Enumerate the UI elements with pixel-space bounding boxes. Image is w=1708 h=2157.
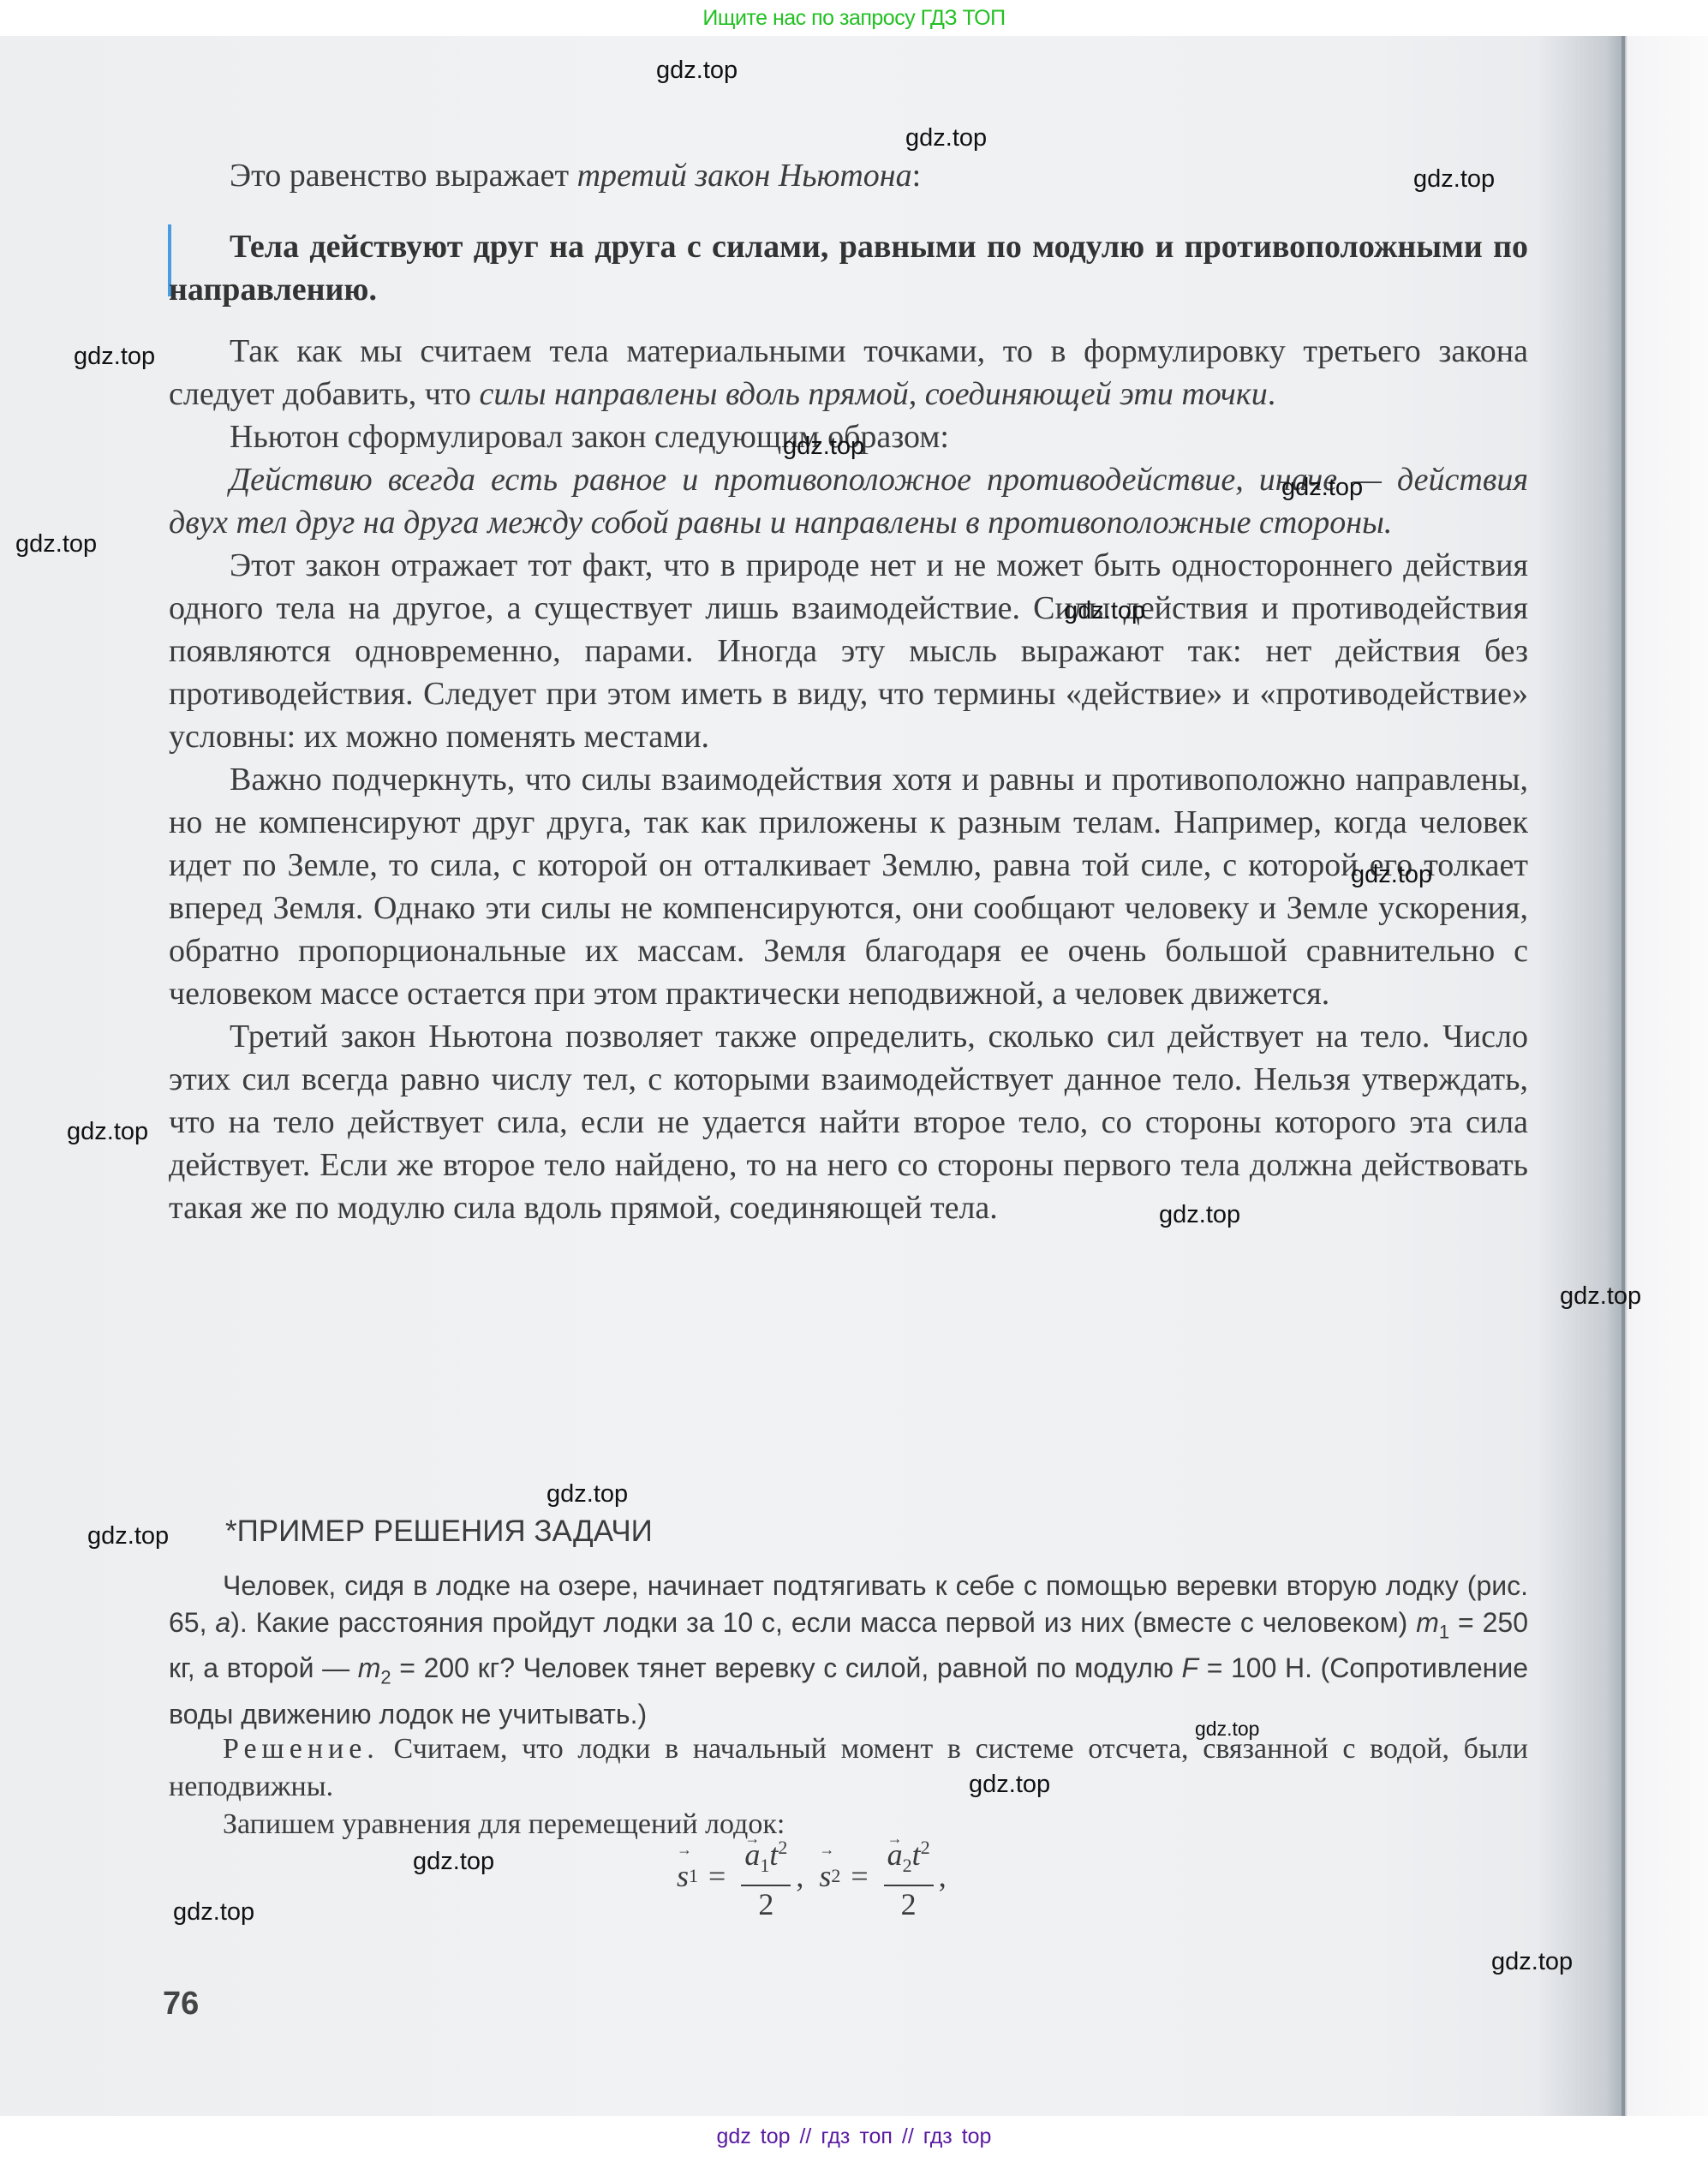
figure-label: а bbox=[215, 1607, 230, 1638]
top-promo-text: Ищите нас по запросу ГДЗ ТОП bbox=[702, 6, 1005, 31]
m1-symbol: m bbox=[1416, 1607, 1439, 1638]
m2-symbol: m bbox=[358, 1652, 381, 1683]
intro-italic-term: третий закон Ньютона bbox=[577, 158, 912, 194]
watermark-text: gdz.top bbox=[173, 1898, 254, 1927]
problem-text-b: ). Какие расстояния пройдут лодки за 10 … bbox=[230, 1607, 1416, 1638]
a2-subscript: 2 bbox=[903, 1855, 912, 1877]
watermark-text: gdz.top bbox=[1064, 597, 1145, 625]
s1-vector: s bbox=[677, 1858, 689, 1894]
watermark-text: gdz.top bbox=[1281, 474, 1363, 502]
paragraph-count-forces: Третий закон Ньютона позволяет также опр… bbox=[169, 1015, 1528, 1229]
watermark-text: gdz.top bbox=[1491, 1948, 1573, 1976]
a2-vector: a bbox=[887, 1837, 903, 1872]
bottom-promo-text: gdz top // гдз топ // гдз top bbox=[717, 2124, 992, 2149]
a1-vector: a bbox=[744, 1837, 760, 1872]
watermark-text: gdz.top bbox=[1195, 1718, 1259, 1741]
page-number: 76 bbox=[163, 1986, 199, 2023]
watermark-text: gdz.top bbox=[656, 57, 738, 85]
solution-label: Решение. bbox=[223, 1733, 379, 1765]
exponent: 2 bbox=[921, 1837, 930, 1858]
m2-subscript: 2 bbox=[380, 1667, 391, 1688]
denominator: 2 bbox=[758, 1886, 773, 1922]
paragraph-not-compensated: Важно подчеркнуть, что силы взаимодейств… bbox=[169, 758, 1528, 1015]
fraction-a2: a2t2 2 bbox=[884, 1830, 934, 1921]
time-symbol: t bbox=[769, 1837, 778, 1872]
watermark-text: gdz.top bbox=[1351, 861, 1432, 889]
para1-italic: силы направлены вдоль прямой, соединяюще… bbox=[479, 376, 1267, 412]
law-text: Тела действуют друг на друга с силами, р… bbox=[169, 225, 1528, 311]
para1-end: . bbox=[1268, 376, 1276, 412]
a1-subscript: 1 bbox=[760, 1855, 769, 1877]
watermark-text: gdz.top bbox=[15, 530, 97, 559]
s1-subscript: 1 bbox=[689, 1865, 698, 1887]
watermark-text: gdz.top bbox=[1159, 1201, 1240, 1229]
example-heading: *ПРИМЕР РЕШЕНИЯ ЗАДАЧИ bbox=[225, 1515, 653, 1549]
s2-vector: s bbox=[819, 1858, 831, 1894]
intro-text: Это равенство выражает bbox=[230, 158, 577, 194]
body-text: Так как мы считаем тела материальными то… bbox=[169, 330, 1528, 1229]
intro-end: : bbox=[912, 158, 922, 194]
m1-subscript: 1 bbox=[1439, 1621, 1449, 1642]
watermark-text: gdz.top bbox=[1413, 165, 1495, 194]
equals-sign: = bbox=[851, 1858, 868, 1894]
m2-value: = 200 кг? Человек тянет веревку с силой,… bbox=[391, 1652, 1182, 1683]
paragraph-one-sided-action: Этот закон отражает тот факт, что в прир… bbox=[169, 544, 1528, 758]
watermark-text: gdz.top bbox=[67, 1118, 148, 1146]
fraction-a1: a1t2 2 bbox=[741, 1830, 791, 1921]
comma: , bbox=[796, 1858, 803, 1894]
s2-subscript: 2 bbox=[831, 1865, 840, 1887]
exponent: 2 bbox=[778, 1837, 787, 1858]
bottom-promo-banner: gdz top // гдз топ // гдз top bbox=[0, 2116, 1708, 2157]
denominator: 2 bbox=[901, 1886, 917, 1922]
watermark-text: gdz.top bbox=[87, 1522, 169, 1551]
watermark-text: gdz.top bbox=[413, 1848, 494, 1876]
watermark-text: gdz.top bbox=[546, 1480, 628, 1509]
watermark-text: gdz.top bbox=[74, 343, 155, 371]
comma: , bbox=[939, 1858, 947, 1894]
displacement-formula: s1 = a1t2 2 , s2 = a2t2 2 , bbox=[677, 1837, 947, 1915]
watermark-text: gdz.top bbox=[1560, 1282, 1641, 1311]
paragraph-material-points: Так как мы считаем тела материальными то… bbox=[169, 330, 1528, 415]
third-law-statement: Тела действуют друг на друга с силами, р… bbox=[169, 225, 1528, 311]
watermark-text: gdz.top bbox=[783, 433, 864, 461]
equals-sign: = bbox=[708, 1858, 726, 1894]
force-symbol: F bbox=[1182, 1652, 1199, 1683]
solution-block: Решение. Считаем, что лодки в начальный … bbox=[169, 1730, 1528, 1843]
top-promo-banner: Ищите нас по запросу ГДЗ ТОП bbox=[0, 0, 1708, 36]
watermark-text: gdz.top bbox=[969, 1771, 1050, 1799]
watermark-text: gdz.top bbox=[905, 124, 987, 152]
problem-statement: Человек, сидя в лодке на озере, начинает… bbox=[169, 1568, 1528, 1733]
intro-paragraph: Это равенство выражает третий закон Ньют… bbox=[169, 154, 1528, 197]
time-symbol: t bbox=[912, 1837, 921, 1872]
